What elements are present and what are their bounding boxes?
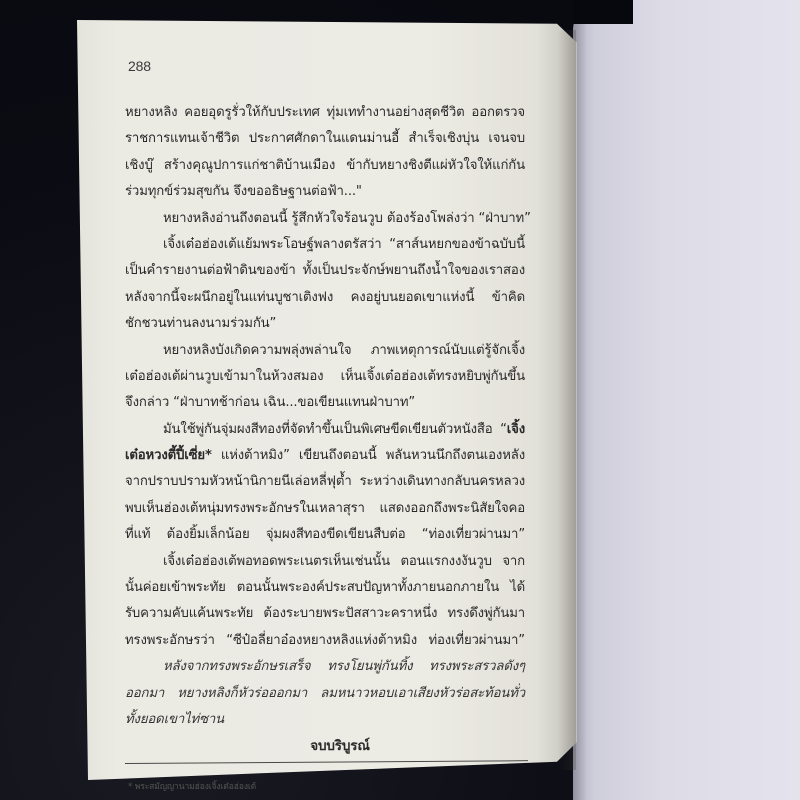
- bold-book-title: เจิ้ง: [507, 422, 525, 437]
- text-line: เต๋อหวงตี้ปี้เซี่ย* แห่งต้าหมิง” เขียนถึ…: [125, 443, 525, 469]
- text-line: ทรงพระอักษรว่า “ซีป๋อลี่ยาอ๋องหยางหลิงแห…: [125, 628, 525, 654]
- text-line-italic: ออกมา หยางหลิงก็หัวร่อออกมา ลมหนาวหอบเอา…: [125, 681, 525, 707]
- text-line: เต๋อฮ่องเต้ผ่านวูบเข้ามาในห้วงสมอง เห็นเ…: [125, 364, 525, 390]
- text-line: พบเห็นฮ่องเต้หนุ่มทรงพระอักษรในเหลาสุรา …: [125, 496, 525, 522]
- spine-shadow: [558, 30, 576, 770]
- page-number: 288: [128, 48, 525, 100]
- text-span: มันใช้พู่กันจุ่มผงสีทองที่จัดทำขึ้นเป็นพ…: [163, 422, 507, 437]
- text-line: เจิ้งเต๋อฮ่องเต้แย้มพระโอษฐ์พลางตรัสว่า …: [125, 232, 525, 258]
- text-line: หยางหลิง คอยอุดรูรั่วให้กับประเทศ ทุ่มเท…: [125, 100, 525, 126]
- the-end-heading: จบบริบูรณ์: [125, 733, 525, 759]
- text-line: เจิ้งเต๋อฮ่องเต้พอทอดพระเนตรเห็นเช่นนั้น…: [125, 549, 525, 575]
- text-span: แห่งต้าหมิง” เขียนถึงตอนนี้ พลันหวนนึกถึ…: [212, 448, 525, 463]
- text-line-italic: หลังจากทรงพระอักษรเสร็จ ทรงโยนพู่กันทิ้ง…: [125, 654, 525, 680]
- footnote-divider: [125, 759, 525, 773]
- right-blank-page: [573, 0, 800, 800]
- text-line: หลังจากนี้จะผนึกอยู่ในแท่นบูชาเติงฟง คงอ…: [125, 285, 525, 311]
- text-line: หยางหลิงอ่านถึงตอนนี้ รู้สึกหัวใจร้อนวูบ…: [125, 206, 525, 232]
- text-line: รับความคับแค้นพระทัย ต้องระบายพระปัสสาวะ…: [125, 601, 525, 627]
- photo-scene: 288 หยางหลิง คอยอุดรูรั่วให้กับประเทศ ทุ…: [0, 0, 800, 800]
- text-line: ร่วมทุกข์ร่วมสุขกัน จึงขออธิษฐานต่อฟ้า..…: [125, 179, 525, 205]
- text-line: นั้นค่อยเข้าพระทัย ตอนนั้นพระองค์ประสบปั…: [125, 575, 525, 601]
- text-line: จากปราบปรามหัวหน้านิกายนีเล่อหลี่ฟุต้ำ ร…: [125, 469, 525, 495]
- text-line: จึงกล่าว “ฝ่าบาทช้าก่อน เฉิน...ขอเขียนแท…: [125, 390, 525, 416]
- text-line: เป็นคำรายงานต่อฟ้าดินของข้า ทั้งเป็นประจ…: [125, 258, 525, 284]
- text-line: มันใช้พู่กันจุ่มผงสีทองที่จัดทำขึ้นเป็นพ…: [125, 417, 525, 443]
- divider-line: [125, 761, 528, 765]
- text-line-italic: ทั้งยอดเขาไท่ซาน: [125, 707, 525, 733]
- footnote: * พระสมัญญานามฮ่องเจิ้งเต๋อฮ่องเต้: [128, 779, 525, 793]
- text-line: ที่แท้ ต้องยิ้มเล็กน้อย จุ่มผงสีทองขีดเข…: [125, 522, 525, 548]
- bold-book-title: เต๋อหวงตี้ปี้เซี่ย*: [125, 448, 212, 463]
- background-gap: [573, 0, 633, 24]
- text-line: หยางหลิงบังเกิดความพลุ่งพล่านใจ ภาพเหตุก…: [125, 338, 525, 364]
- text-line: เชิงบู๊ สร้างคุณูปการแก่ชาติบ้านเมือง ข้…: [125, 153, 525, 179]
- text-line: ราชการแทนเจ้าชีวิต ประกาศศักดาในแดนม่านอ…: [125, 126, 525, 152]
- text-line: ชักชวนท่านลงนามร่วมกัน”: [125, 311, 525, 337]
- page-text-block: 288 หยางหลิง คอยอุดรูรั่วให้กับประเทศ ทุ…: [125, 48, 525, 793]
